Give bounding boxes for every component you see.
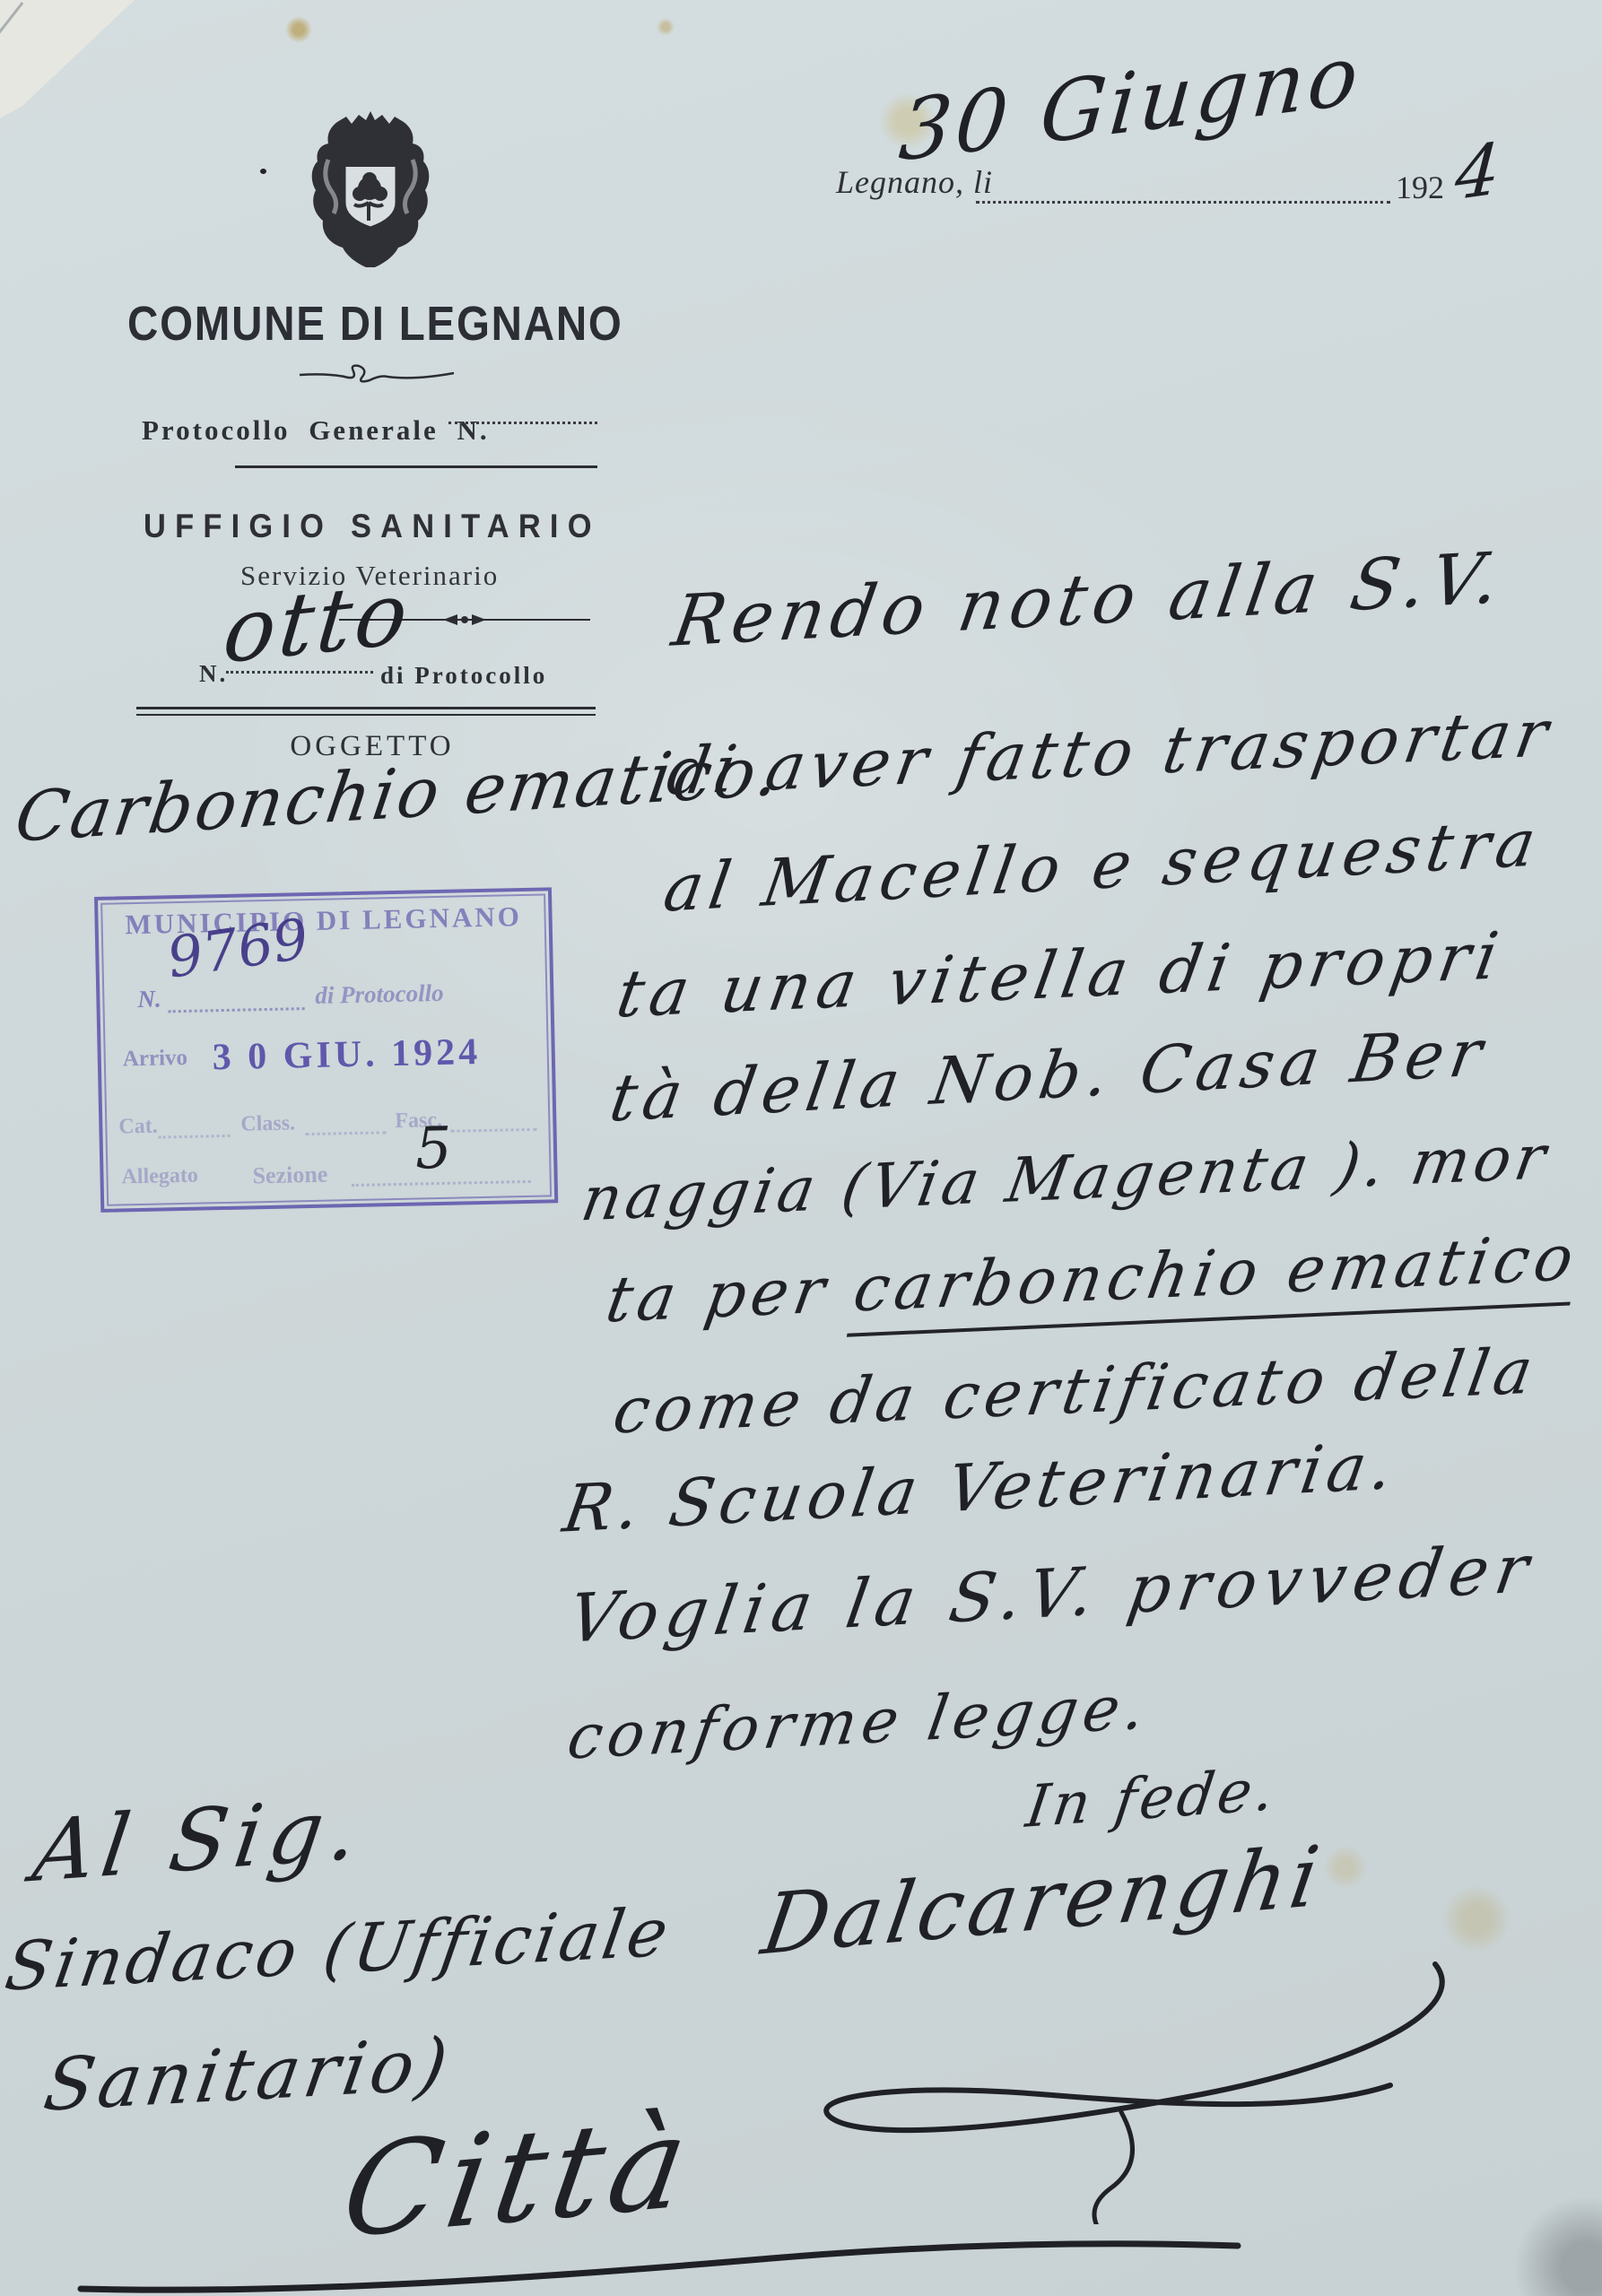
body-line-9: R. Scuola Veterinaria. <box>559 1427 1404 1546</box>
protocol-suffix-label: di Protocollo <box>380 662 547 690</box>
body-line-7: ta per carbonchio ematico <box>601 1221 1584 1337</box>
stamp-sezione-label: Sezione <box>252 1161 327 1190</box>
ink-speck <box>260 169 266 174</box>
stamp-allegato-label: Allegato <box>121 1164 198 1190</box>
dateline-year-printed: 192 <box>1396 169 1444 206</box>
stamp-protocol-label: di Protocollo <box>315 979 444 1010</box>
body-line-2: di aver fatto trasportar <box>662 695 1559 810</box>
commune-title: COMUNE DI LEGNANO <box>127 296 601 352</box>
flourish-divider <box>296 357 457 386</box>
stamp-n-label: N. <box>137 985 161 1013</box>
body-line-5: tà della Nob. Casa Ber <box>605 1014 1493 1136</box>
double-rule-top <box>136 707 596 709</box>
scanned-letter: COMUNE DI LEGNANO Protocollo Generale N.… <box>0 0 1602 2296</box>
body-line-1: Rendo noto alla S.V. <box>667 537 1511 662</box>
recipient-line-2: Sindaco (Ufficiale <box>0 1893 676 2006</box>
dateline-day-month-handwritten: 30 Giugno <box>895 26 1365 180</box>
body-line-7-underlined: carbonchio ematico <box>847 1221 1584 1337</box>
ufficio-title: UFFIGIO SANITARIO <box>144 508 601 545</box>
municipio-arrival-stamp: MUNICIPIO DI LEGNANO N. di Protocollo Ar… <box>94 887 558 1213</box>
recipient-line-3: Sanitario) <box>39 2022 457 2127</box>
stamp-arrivo-date: 3 0 GIU. 1924 <box>212 1031 481 1079</box>
protocollo-generale-label: Protocollo Generale N. <box>142 414 490 447</box>
stamp-sezione-value-handwritten: 5 <box>414 1116 452 1183</box>
stamp-class-label: Class. <box>240 1111 295 1136</box>
torn-corner <box>0 0 135 118</box>
signature-flourish <box>736 1928 1507 2224</box>
double-rule-bottom <box>136 714 596 716</box>
body-line-11: conforme legge. <box>562 1672 1154 1774</box>
body-line-6: naggia (Via Magenta ). mor <box>577 1122 1555 1236</box>
dateline-year-digit-handwritten: 4 <box>1453 128 1503 217</box>
stamp-cat-label: Cat. <box>118 1115 158 1140</box>
recipient-line-1: Al Sig. <box>27 1779 370 1901</box>
protocol-n-line <box>226 671 373 674</box>
body-line-3: al Macello e sequestra <box>659 804 1547 926</box>
dateline-dotted-line <box>976 201 1390 204</box>
body-line-4: ta una vitella di propri <box>612 918 1510 1032</box>
body-line-10: Voglia la S.V. provveder <box>563 1530 1540 1658</box>
stamp-arrivo-label: Arrivo <box>123 1046 188 1073</box>
protocollo-rule <box>235 465 597 468</box>
legnano-coat-of-arms <box>310 106 431 267</box>
body-line-7-prefix: ta per <box>601 1252 861 1337</box>
valediction: In fede. <box>1022 1756 1281 1840</box>
protocollo-generale-line <box>448 422 597 424</box>
city-underline-flourish <box>72 2215 1274 2296</box>
